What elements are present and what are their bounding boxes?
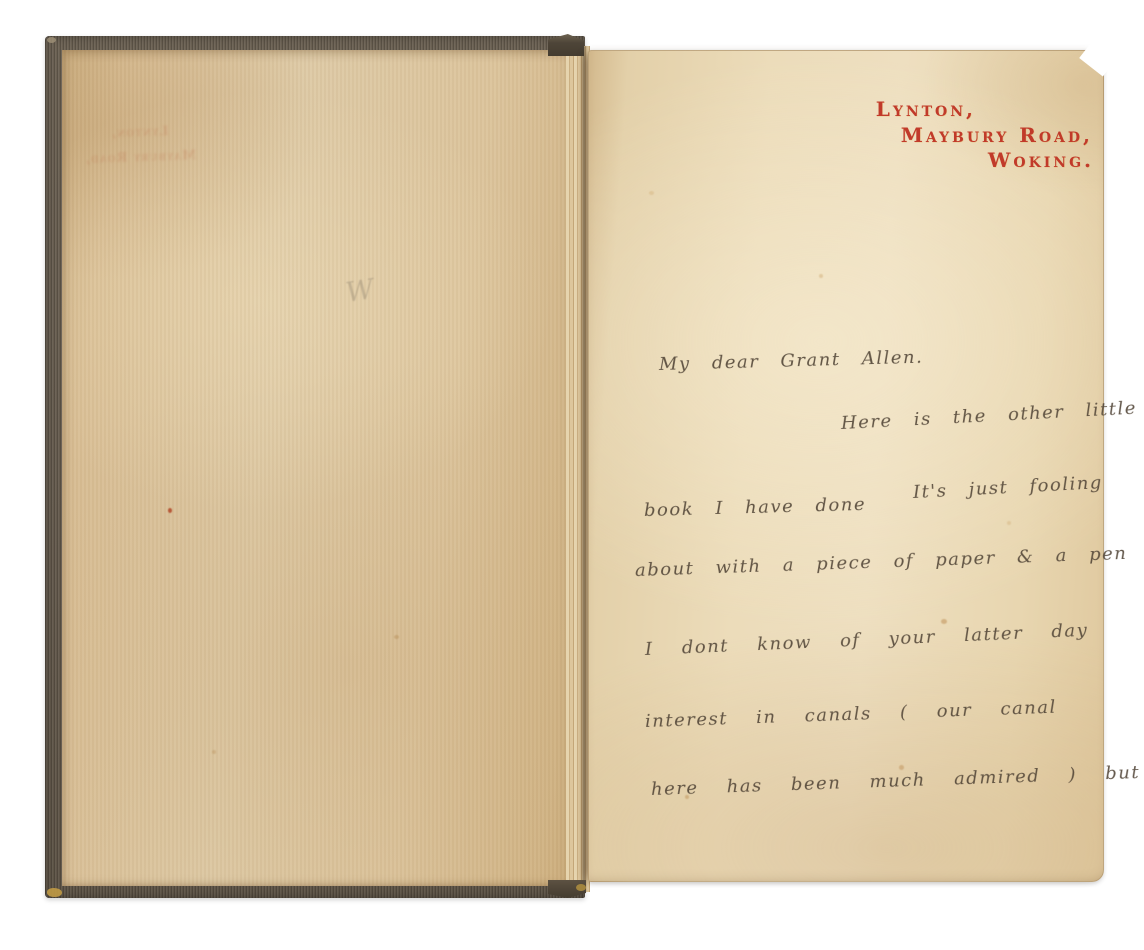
cover-corner-wear-top-left xyxy=(47,37,56,43)
gutter-fold-crease xyxy=(580,46,587,892)
pastedown-endpaper: Lynton, Maybury Road, W xyxy=(62,50,580,886)
letterhead-ink-offset-ghost: Lynton, Maybury Road, xyxy=(79,118,201,172)
handwritten-line: Here is the other little xyxy=(840,398,1137,434)
foxing-spot xyxy=(899,765,904,770)
ghost-line: Maybury Road, xyxy=(80,143,201,172)
handwritten-line: My dear Grant Allen. xyxy=(659,347,924,375)
spine-corner-wear xyxy=(576,884,586,891)
handwritten-line: book I have done xyxy=(644,494,867,521)
handwritten-line: here has been much admired ) but xyxy=(651,762,1141,800)
foxing-spot xyxy=(685,795,689,799)
cover-corner-wear-bottom-left xyxy=(47,888,62,897)
flyleaf-page: Lynton, Maybury Road, Woking. My dear Gr… xyxy=(588,50,1104,882)
pencil-inscription: W xyxy=(344,274,376,309)
letterhead-line: Maybury Road, xyxy=(901,123,1093,147)
foxing-spot xyxy=(394,635,399,639)
foxing-spot xyxy=(941,619,947,624)
letterhead-line: Woking. xyxy=(988,148,1094,172)
handwritten-line: It's just fooling xyxy=(912,472,1103,503)
foxing-spot xyxy=(649,191,654,195)
red-ink-speck xyxy=(168,508,172,513)
letterhead-line: Lynton, xyxy=(876,97,976,121)
handwritten-line: I dont know of your latter day xyxy=(645,620,1089,660)
handwritten-line: about with a piece of paper & a pen , xyxy=(635,542,1144,581)
foxing-spot xyxy=(1007,521,1011,525)
clipped-page-corner xyxy=(1079,38,1119,77)
foxing-spot xyxy=(212,750,216,754)
photo-stage: Lynton, Maybury Road, W Lynton, Maybury … xyxy=(0,0,1144,950)
foxing-spot xyxy=(819,274,823,278)
handwritten-line: interest in canals ( our canal xyxy=(645,697,1057,732)
